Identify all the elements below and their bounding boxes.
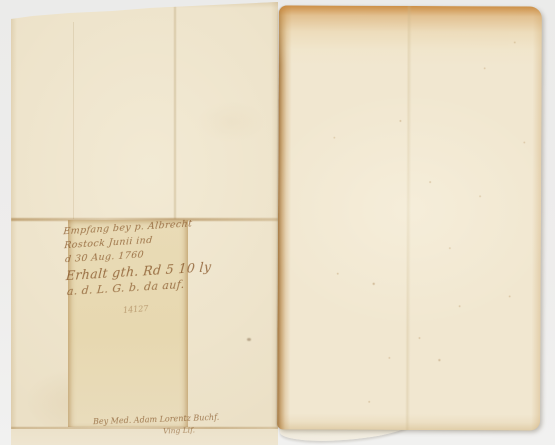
- right-document: [277, 5, 542, 430]
- bottom-inscription-secondary: Ving Lif.: [163, 425, 195, 435]
- ink-speck: [247, 338, 251, 341]
- vertical-fold-crease: [73, 22, 74, 219]
- left-document: Empfang bey p. Albrecht Rostock Junii in…: [11, 2, 278, 445]
- photo-scene: Empfang bey p. Albrecht Rostock Junii in…: [0, 0, 555, 445]
- bottom-fold-strip: [11, 429, 278, 445]
- vertical-fold-crease: [174, 6, 176, 219]
- handwriting-note: Empfang bey p. Albrecht Rostock Junii in…: [63, 217, 207, 299]
